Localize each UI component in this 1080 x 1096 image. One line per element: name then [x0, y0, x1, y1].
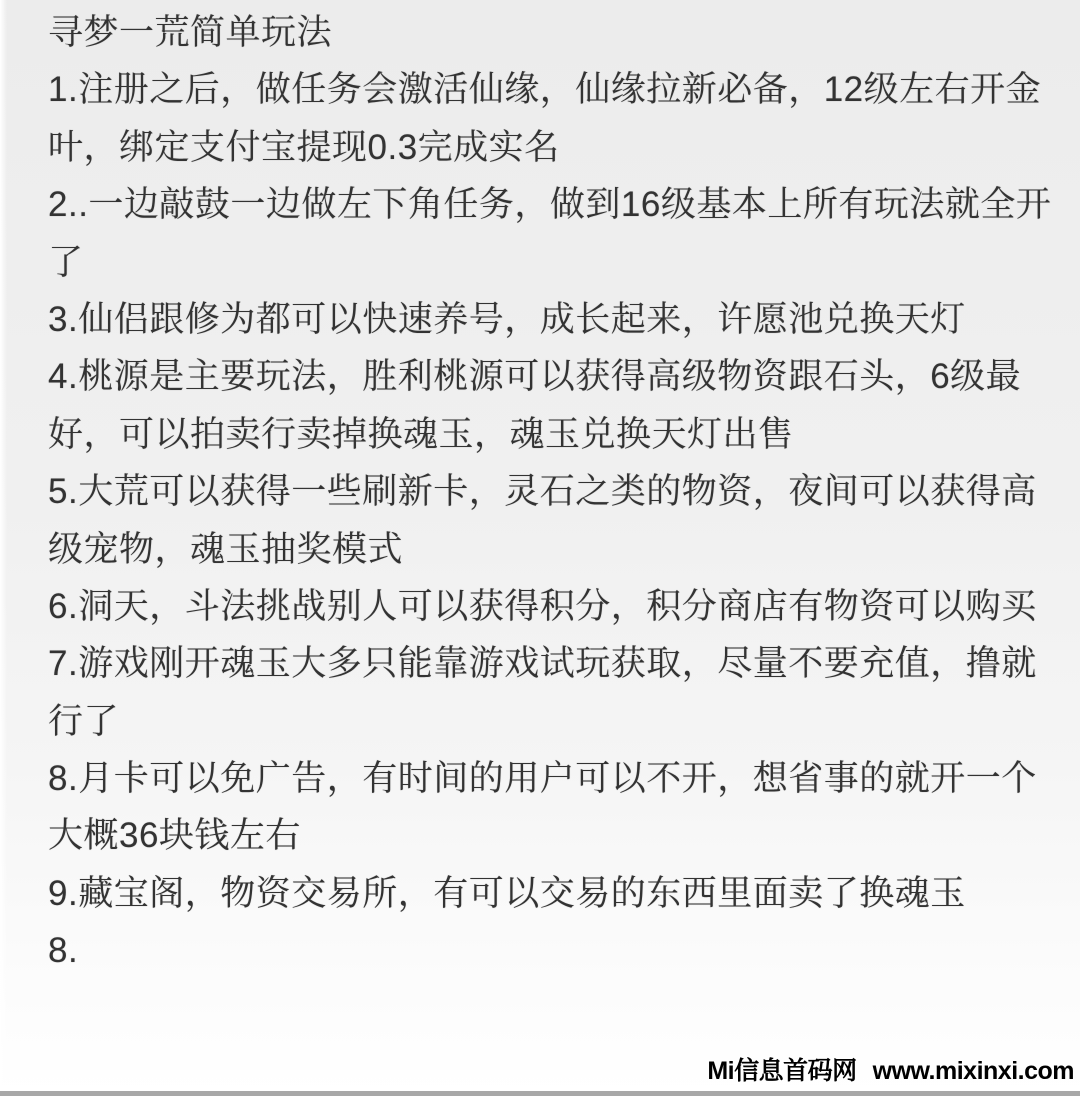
- note-line: 好，可以拍卖行卖掉换魂玉，魂玉兑换天灯出售: [48, 406, 1064, 463]
- note-line: 级宠物，魂玉抽奖模式: [48, 521, 1064, 578]
- watermark: Mi信息首码网www.mixinxi.com: [707, 1051, 1074, 1087]
- bottom-bar: [0, 1091, 1080, 1096]
- note-line: 3.仙侣跟修为都可以快速养号，成长起来，许愿池兑换天灯: [48, 291, 1064, 348]
- note-line: 2..一边敲鼓一边做左下角任务，做到16级基本上所有玩法就全开: [48, 176, 1064, 233]
- watermark-site-name: Mi信息首码网: [707, 1057, 856, 1085]
- note-line: 5.大荒可以获得一些刷新卡，灵石之类的物资，夜间可以获得高: [48, 463, 1064, 520]
- note-line: 8.: [48, 922, 1064, 979]
- note-line: 7.游戏刚开魂玉大多只能靠游戏试玩获取，尽量不要充值，撸就: [48, 635, 1064, 692]
- note-line: 1.注册之后，做任务会激活仙缘，仙缘拉新必备，12级左右开金: [48, 61, 1064, 118]
- note-line: 大概36块钱左右: [48, 807, 1064, 864]
- note-text-block: 寻梦一荒简单玩法 1.注册之后，做任务会激活仙缘，仙缘拉新必备，12级左右开金叶…: [48, 4, 1064, 980]
- note-title: 寻梦一荒简单玩法: [48, 4, 1064, 61]
- note-line: 行了: [48, 693, 1064, 750]
- note-screenshot: 寻梦一荒简单玩法 1.注册之后，做任务会激活仙缘，仙缘拉新必备，12级左右开金叶…: [0, 0, 1080, 1096]
- note-line: 9.藏宝阁，物资交易所，有可以交易的东西里面卖了换魂玉: [48, 865, 1064, 922]
- note-line: 了: [48, 234, 1064, 291]
- note-line: 叶，绑定支付宝提现0.3完成实名: [48, 119, 1064, 176]
- left-edge-highlight: [0, 0, 7, 1096]
- note-line: 8.月卡可以免广告，有时间的用户可以不开，想省事的就开一个: [48, 750, 1064, 807]
- note-line: 6.洞天，斗法挑战别人可以获得积分，积分商店有物资可以购买: [48, 578, 1064, 635]
- note-line: 4.桃源是主要玩法，胜利桃源可以获得高级物资跟石头，6级最: [48, 348, 1064, 405]
- note-body: 1.注册之后，做任务会激活仙缘，仙缘拉新必备，12级左右开金叶，绑定支付宝提现0…: [48, 61, 1064, 979]
- watermark-url: www.mixinxi.com: [873, 1057, 1074, 1085]
